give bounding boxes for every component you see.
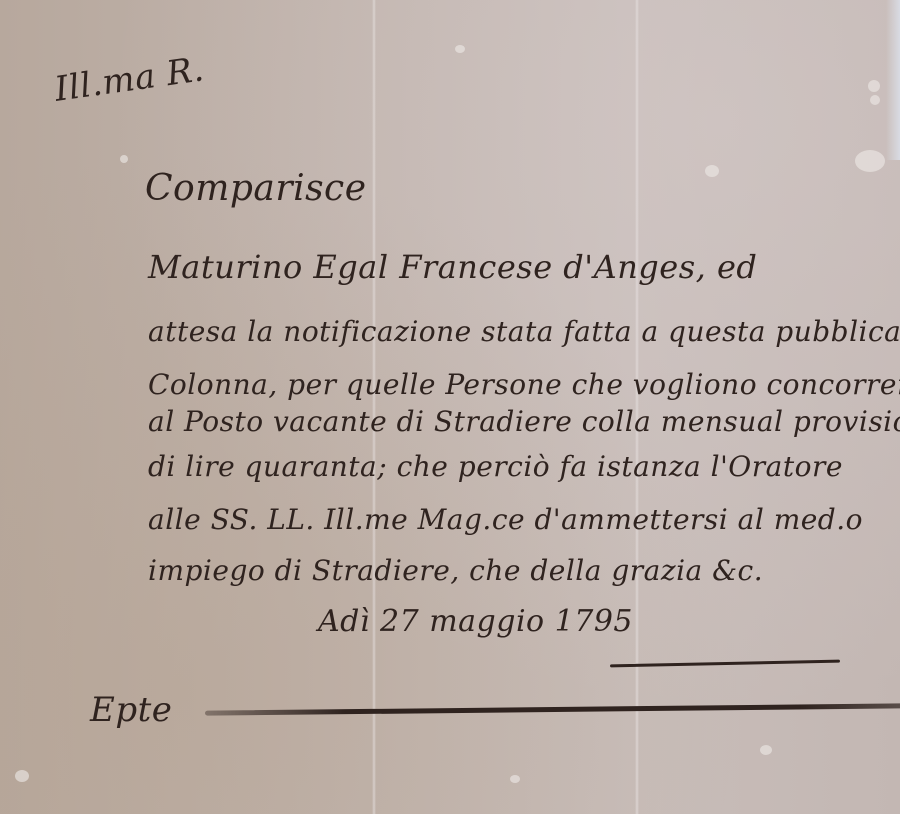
date-line: Adì 27 maggio 1795	[318, 604, 633, 639]
paper-stain	[760, 745, 772, 755]
manuscript-page: Ill.ma R. Comparisce Maturino Egal Franc…	[0, 0, 900, 814]
body-line: di lire quaranta; che perciò fa istanza …	[148, 450, 843, 483]
paper-stain	[855, 150, 885, 172]
signature-flourish	[205, 703, 900, 715]
paper-stain	[455, 45, 465, 53]
body-line: al Posto vacante di Stradiere colla mens…	[148, 405, 900, 438]
heading: Comparisce	[145, 168, 367, 209]
body-line: alle SS. LL. Ill.me Mag.ce d'ammettersi …	[148, 503, 863, 536]
paper-stain	[510, 775, 520, 783]
body-line: impiego di Stradiere, che della grazia &…	[148, 554, 763, 587]
salutation: Ill.ma R.	[52, 49, 206, 110]
paper-stain	[705, 165, 719, 177]
body-line: Maturino Egal Francese d'Anges, ed	[148, 248, 757, 286]
paper-stain	[868, 80, 880, 92]
paper-edge	[886, 0, 900, 160]
body-line: attesa la notificazione stata fatta a qu…	[148, 315, 900, 348]
paper-stain	[120, 155, 128, 163]
body-line: Colonna, per quelle Persone che vogliono…	[148, 368, 900, 401]
signature: Epte	[90, 690, 172, 730]
paper-stain	[870, 95, 880, 105]
date-underline	[610, 660, 840, 668]
paper-stain	[15, 770, 29, 782]
